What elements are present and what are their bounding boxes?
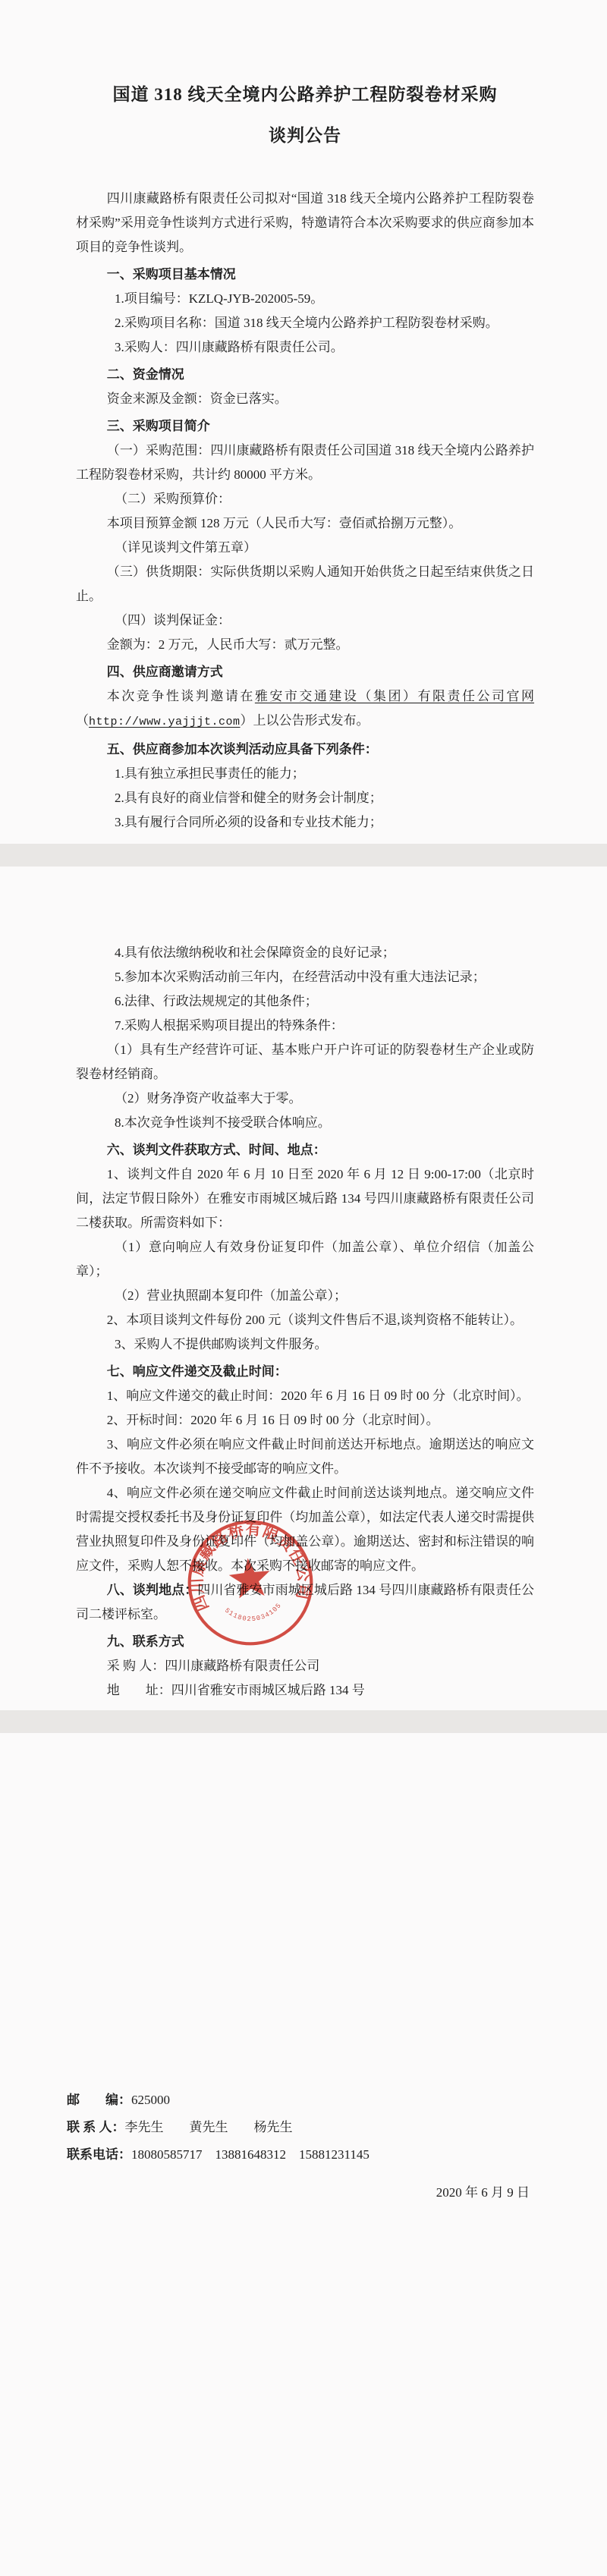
list-item: 2.采购项目名称：国道 318 线天全境内公路养护工程防裂卷材采购。 [76, 311, 534, 335]
paragraph: 地 址：四川省雅安市雨城区城后路 134 号 [76, 1678, 534, 1703]
paragraph: 四川康藏路桥有限责任公司拟对“国道 318 线天全境内公路养护工程防裂卷材采购”… [76, 187, 534, 259]
list-item: 3.具有履行合同所必须的设备和专业技术能力； [76, 810, 534, 835]
paragraph: 2、开标时间：2020 年 6 月 16 日 09 时 00 分（北京时间）。 [76, 1408, 534, 1433]
list-item: （2）财务净资产收益率大于零。 [76, 1087, 534, 1111]
text-segment: 18080585717 13881648312 15881231145 [131, 2147, 370, 2162]
list-item: 3、采购人不提供邮购谈判文件服务。 [76, 1332, 534, 1357]
list-item: 7.采购人根据采购项目提出的特殊条件： [76, 1014, 534, 1038]
text-segment: 联 系 人： [67, 2120, 125, 2134]
text-segment: 李先生 黄先生 杨先生 [125, 2120, 293, 2134]
document-scan-view: 国道 318 线天全境内公路养护工程防裂卷材采购谈判公告四川康藏路桥有限责任公司… [0, 0, 607, 2576]
paragraph: 1、谈判文件自 2020 年 6 月 10 日至 2020 年 6 月 12 日… [76, 1162, 534, 1235]
text-segment: 联系电话： [67, 2147, 131, 2162]
page-1: 国道 318 线天全境内公路养护工程防裂卷材采购谈判公告四川康藏路桥有限责任公司… [0, 0, 607, 844]
contact-row: 联系电话：18080585717 13881648312 15881231145 [67, 2141, 534, 2169]
paragraph: 3、响应文件必须在响应文件截止时间前送达开标地点。逾期送达的响应文件不予接收。本… [76, 1433, 534, 1481]
paragraph: 本次竞争性谈判邀请在雅安市交通建设（集团）有限责任公司官网（http://www… [76, 684, 534, 734]
paragraph: （一）采购范围：四川康藏路桥有限责任公司国道 318 线天全境内公路养护工程防裂… [76, 439, 534, 487]
paragraph: 本项目预算金额 128 万元（人民币大写：壹佰贰拾捌万元整）。 [76, 511, 534, 536]
section-heading: 九、联系方式 [76, 1630, 534, 1654]
list-item: （2）营业执照副本复印件（加盖公章）； [76, 1284, 534, 1308]
section-heading: 七、响应文件递交及截止时间： [76, 1360, 534, 1384]
section-heading: 五、供应商参加本次谈判活动应具备下列条件： [76, 738, 534, 762]
doc-title-line2: 谈判公告 [76, 115, 534, 156]
list-item: （四）谈判保证金： [76, 609, 534, 633]
paragraph: 资金来源及金额：资金已落实。 [76, 387, 534, 411]
page-1-content: 国道 318 线天全境内公路养护工程防裂卷材采购谈判公告四川康藏路桥有限责任公司… [76, 74, 534, 835]
paragraph: 4、响应文件必须在递交响应文件截止时间前送达谈判地点。递交响应文件时需提交授权委… [76, 1481, 534, 1578]
paragraph: 2、本项目谈判文件每份 200 元（谈判文件售后不退,谈判资格不能转让）。 [76, 1308, 534, 1332]
doc-title-line1: 国道 318 线天全境内公路养护工程防裂卷材采购 [76, 74, 534, 115]
section-heading: 二、资金情况 [76, 363, 534, 387]
text-segment: 625000 [131, 2093, 170, 2107]
section-heading: 三、采购项目简介 [76, 414, 534, 439]
text-segment: 雅安市交通建设（集团）有限责任公司官网 [255, 689, 534, 703]
text-segment: 八、谈判地点： [107, 1583, 197, 1597]
contact-row: 邮 编：625000 [67, 2087, 534, 2114]
paragraph: 八、谈判地点：四川省雅安市雨城区城后路 134 号四川康藏路桥有限责任公司二楼评… [76, 1578, 534, 1627]
list-item: 1.具有独立承担民事责任的能力； [76, 762, 534, 786]
paragraph: 采 购 人：四川康藏路桥有限责任公司 [76, 1654, 534, 1678]
page-2: 4.具有依法缴纳税收和社会保障资金的良好记录；5.参加本次采购活动前三年内，在经… [0, 867, 607, 1710]
paragraph: 金额为：2 万元，人民币大写：贰万元整。 [76, 633, 534, 657]
page-3-content: 邮 编：625000联 系 人：李先生 黄先生 杨先生联系电话：18080585… [76, 2087, 534, 2205]
paragraph: （三）供货期限：实际供货期以采购人通知开始供货之日起至结束供货之日止。 [76, 560, 534, 609]
list-item: （详见谈判文件第五章） [76, 536, 534, 560]
section-heading: 六、谈判文件获取方式、时间、地点： [76, 1138, 534, 1162]
paragraph: 1、响应文件递交的截止时间：2020 年 6 月 16 日 09 时 00 分（… [76, 1384, 534, 1408]
date-line: 2020 年 6 月 9 日 [76, 2181, 534, 2205]
list-item: 6.法律、行政法规规定的其他条件； [76, 989, 534, 1014]
website-url-link[interactable]: http://www.yajjjt.com [89, 716, 241, 728]
list-item: 2.具有良好的商业信誉和健全的财务会计制度； [76, 786, 534, 810]
list-item: 5.参加本次采购活动前三年内，在经营活动中没有重大违法记录； [76, 965, 534, 989]
section-heading: 一、采购项目基本情况 [76, 263, 534, 287]
contact-row: 联 系 人：李先生 黄先生 杨先生 [67, 2114, 534, 2141]
list-item: 8.本次竞争性谈判不接受联合体响应。 [76, 1111, 534, 1135]
text-segment: （ [76, 713, 89, 728]
list-item: （二）采购预算价： [76, 487, 534, 511]
paragraph: （1）具有生产经营许可证、基本账户开户许可证的防裂卷材生产企业或防裂卷材经销商。 [76, 1038, 534, 1087]
page-2-content: 4.具有依法缴纳税收和社会保障资金的良好记录；5.参加本次采购活动前三年内，在经… [76, 941, 534, 1703]
text-segment: 邮 编： [67, 2093, 131, 2107]
text-segment: ）上以公告形式发布。 [241, 713, 370, 728]
text-segment: 本次竞争性谈判邀请在 [107, 689, 255, 703]
list-item: （1）意向响应人有效身份证复印件（加盖公章）、单位介绍信（加盖公章）； [76, 1235, 534, 1284]
list-item: 3.采购人：四川康藏路桥有限责任公司。 [76, 335, 534, 360]
section-heading: 四、供应商邀请方式 [76, 660, 534, 684]
page-3: 邮 编：625000联 系 人：李先生 黄先生 杨先生联系电话：18080585… [0, 1733, 607, 2576]
list-item: 4.具有依法缴纳税收和社会保障资金的良好记录； [76, 941, 534, 965]
list-item: 1.项目编号：KZLQ-JYB-202005-59。 [76, 287, 534, 311]
